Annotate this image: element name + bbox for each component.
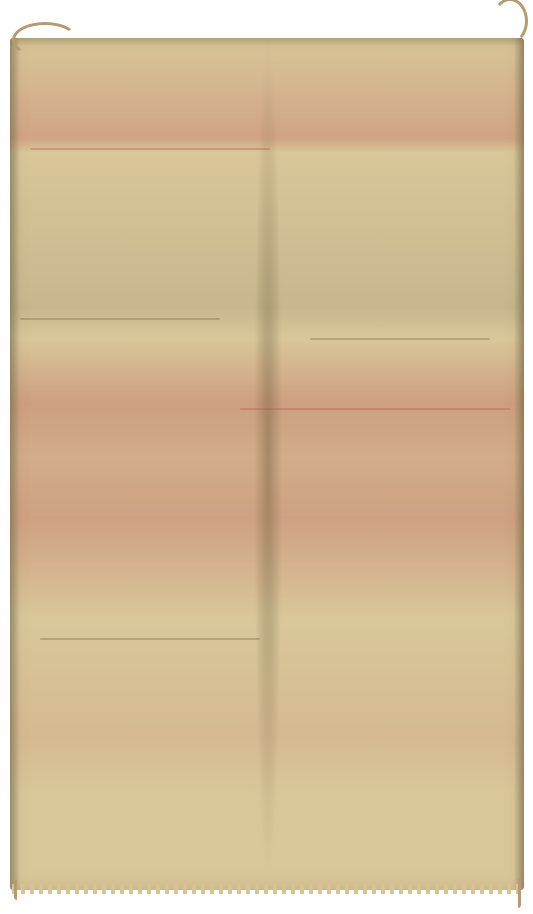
dark-streak — [20, 318, 220, 320]
dark-streak — [40, 638, 260, 640]
tassel-bottom-right — [508, 878, 521, 908]
dark-streak — [310, 338, 490, 340]
tassel-bottom-left — [14, 880, 25, 900]
red-streak — [240, 408, 510, 410]
red-streak — [30, 148, 270, 150]
tassel-top-right — [492, 0, 528, 44]
shag-rug — [10, 38, 524, 890]
tassel-top-left — [12, 22, 78, 58]
bottom-fringe — [12, 884, 522, 894]
